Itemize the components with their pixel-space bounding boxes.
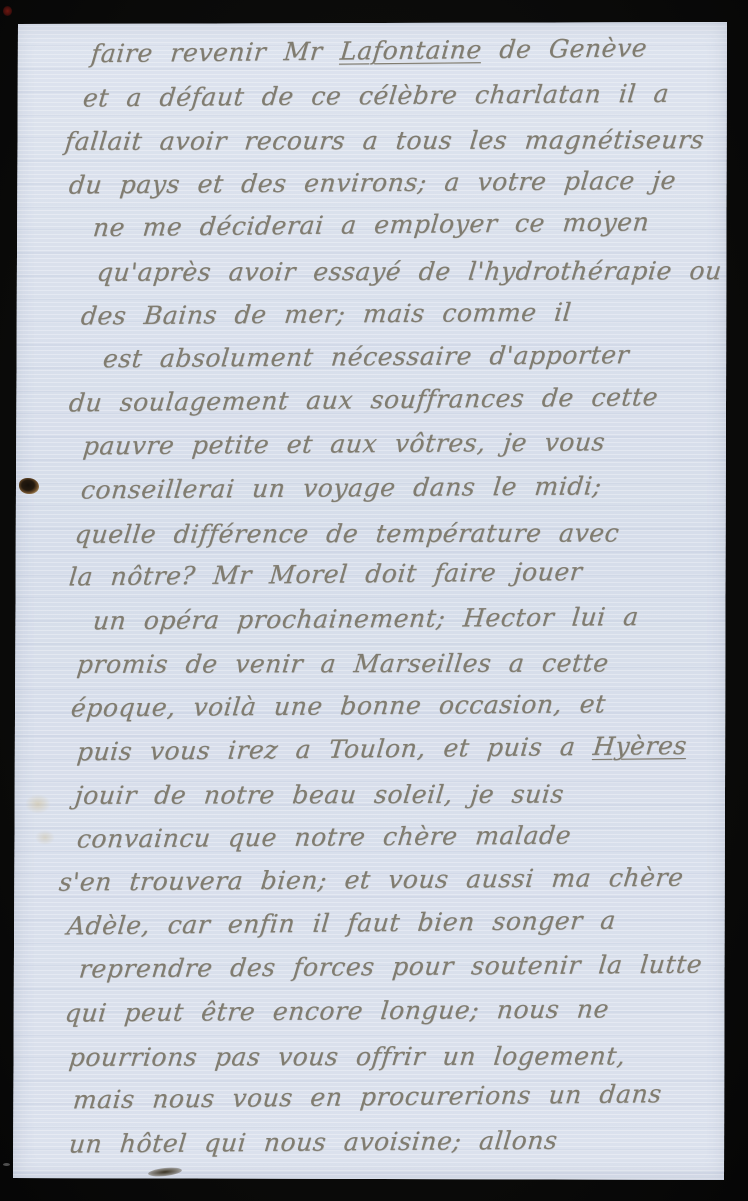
letter-page: faire revenir Mr Lafontaine de Genèveet … bbox=[13, 22, 728, 1181]
dust-speck bbox=[3, 1163, 10, 1166]
letter-text-segment: puis vous irez a Toulon, et puis a bbox=[76, 731, 595, 765]
letter-text-segment: ne me déciderai a employer ce moyen bbox=[92, 208, 651, 243]
letter-text-segment: qu'après avoir essayé de l'hydrothérapie… bbox=[96, 256, 724, 287]
letter-text-segment: et a défaut de ce célèbre charlatan il a bbox=[82, 78, 671, 112]
letter-text-segment: reprendre des forces pour soutenir la lu… bbox=[78, 950, 704, 984]
letter-line: et a défaut de ce célèbre charlatan il a bbox=[11, 71, 730, 120]
paper-hole bbox=[19, 478, 39, 494]
letter-line: pauvre petite et aux vôtres, je vous bbox=[11, 420, 730, 469]
letter-line: s'en trouvera bien; et vous aussi ma chè… bbox=[11, 856, 730, 905]
letter-line: la nôtre? Mr Morel doit faire jouer bbox=[11, 549, 730, 600]
letter-text-segment: quelle différence de température avec bbox=[74, 518, 621, 548]
letter-text-segment: un opéra prochainement; Hector lui a bbox=[92, 602, 641, 635]
letter-text-segment: est absolument nécessaire d'apporter bbox=[102, 340, 631, 373]
letter-line: qui peut être encore longue; nous ne bbox=[11, 986, 730, 1035]
letter-text-segment: fallait avoir recours a tous les magnéti… bbox=[64, 125, 706, 156]
letter-text-segment: la nôtre? Mr Morel doit faire jouer bbox=[68, 557, 584, 591]
letter-text-segment: mais nous vous en procurerions un dans bbox=[72, 1079, 664, 1114]
letter-line: époque, voilà une bonne occasion, et bbox=[11, 681, 730, 730]
letter-line: puis vous irez a Toulon, et puis a Hyère… bbox=[11, 723, 730, 774]
underlined-word: Lafontaine bbox=[339, 35, 484, 66]
letter-line: convaincu que notre chère malade bbox=[11, 812, 730, 861]
ink-smudge bbox=[148, 1166, 183, 1178]
letter-text-segment: pauvre petite et aux vôtres, je vous bbox=[82, 428, 607, 461]
letter-text-segment: pourrions pas vous offrir un logement, bbox=[68, 1041, 627, 1071]
letter-line: des Bains de mer; mais comme il bbox=[11, 289, 730, 338]
letter-text-segment: du soulagement aux souffrances de cette bbox=[68, 382, 660, 417]
letter-line: du soulagement aux souffrances de cette bbox=[11, 374, 730, 425]
letter-line: un opéra prochainement; Hector lui a bbox=[11, 594, 730, 643]
letter-line: reprendre des forces pour soutenir la lu… bbox=[11, 943, 730, 992]
letter-line: promis de venir a Marseilles a cette bbox=[11, 641, 730, 686]
letter-line: faire revenir Mr Lafontaine de Genève bbox=[11, 25, 730, 76]
letter-text-segment: promis de venir a Marseilles a cette bbox=[76, 649, 611, 679]
letter-line: est absolument nécessaire d'apporter bbox=[11, 333, 730, 382]
letter-line: jouir de notre beau soleil, je suis bbox=[11, 772, 730, 817]
letter-line: qu'après avoir essayé de l'hydrothérapie… bbox=[11, 249, 730, 294]
paper-stain bbox=[25, 794, 51, 814]
letter-line: conseillerai un voyage dans le midi; bbox=[11, 463, 730, 512]
letter-text-segment: conseillerai un voyage dans le midi; bbox=[80, 471, 604, 504]
letter-text-segment: époque, voilà une bonne occasion, et bbox=[70, 689, 608, 722]
letter-text-segment: des Bains de mer; mais comme il bbox=[80, 297, 573, 330]
letter-text-segment: jouir de notre beau soleil, je suis bbox=[74, 780, 566, 810]
paper-stain bbox=[35, 830, 55, 845]
letter-line: mais nous vous en procurerions un dans bbox=[11, 1072, 730, 1123]
photograph-background: faire revenir Mr Lafontaine de Genèveet … bbox=[0, 0, 748, 1201]
letter-text-segment: qui peut être encore longue; nous ne bbox=[64, 994, 611, 1027]
letter-body: faire revenir Mr Lafontaine de Genèveet … bbox=[13, 22, 728, 1166]
letter-line: ne me déciderai a employer ce moyen bbox=[11, 200, 730, 251]
letter-text-segment: s'en trouvera bien; et vous aussi ma chè… bbox=[58, 863, 685, 897]
letter-line: Adèle, car enfin il faut bien songer a bbox=[11, 897, 730, 948]
letter-text-segment: du pays et des environs; a votre place j… bbox=[68, 166, 678, 200]
letter-text-segment: un hôtel qui nous avoisine; allons bbox=[68, 1126, 559, 1159]
letter-text-segment: convaincu que notre chère malade bbox=[76, 820, 573, 853]
letter-text-segment: faire revenir Mr bbox=[90, 37, 342, 69]
letter-text-segment: Adèle, car enfin il faut bien songer a bbox=[66, 906, 618, 941]
letter-line: fallait avoir recours a tous les magnéti… bbox=[11, 118, 730, 163]
red-fleck bbox=[3, 6, 12, 16]
letter-text-segment: de Genève bbox=[481, 33, 649, 64]
letter-line: un hôtel qui nous avoisine; allons bbox=[11, 1117, 730, 1166]
underlined-word: Hyères bbox=[592, 730, 689, 760]
